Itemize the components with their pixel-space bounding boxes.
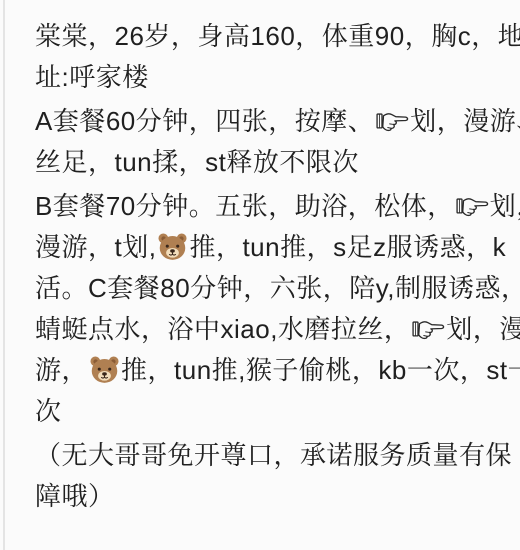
- pointing-hand-icon: [455, 194, 489, 217]
- text-segment: 划，漫: [446, 314, 520, 344]
- text-segment: B套餐70分钟。五张，助浴，松体，: [35, 191, 454, 221]
- message-text: 棠棠，26岁，身高160，体重90，胸c，地址:呼家楼A套餐60分钟，四张，按摩…: [0, 0, 520, 520]
- text-line: 游，推，tun推,猴子偷桃，kb一次，st一: [35, 350, 506, 391]
- text-segment: 丝足，tun揉，st释放不限次: [35, 147, 359, 177]
- text-segment: 推，tun推,猴子偷桃，kb一次，st一: [121, 355, 520, 385]
- text-line: （无大哥哥免开尊口，承诺服务质量有保: [35, 435, 506, 476]
- text-segment: 棠棠，26岁，身高160，体重90，胸c，地: [35, 21, 520, 51]
- text-line: 障哦）: [35, 476, 506, 517]
- text-segment: （无大哥哥免开尊口，承诺服务质量有保: [35, 440, 512, 470]
- text-segment: 推，tun推，s足z服诱惑，k: [189, 232, 506, 262]
- paragraph: （无大哥哥免开尊口，承诺服务质量有保障哦）: [35, 435, 506, 517]
- bear-emoji-icon: [157, 232, 188, 261]
- pointing-hand-icon: [411, 317, 445, 340]
- text-line: 活。C套餐80分钟，六张，陪y,制服诱惑，: [35, 268, 506, 309]
- paragraph: 棠棠，26岁，身高160，体重90，胸c，地址:呼家楼: [35, 16, 506, 98]
- text-segment: A套餐60分钟，四张，按摩、: [35, 106, 374, 136]
- text-line: B套餐70分钟。五张，助浴，松体，划，: [35, 186, 506, 227]
- text-segment: 障哦）: [35, 481, 115, 511]
- paragraph: B套餐70分钟。五张，助浴，松体，划，漫游，t划,推，tun推，s足z服诱惑，k…: [35, 186, 506, 432]
- text-line: 漫游，t划,推，tun推，s足z服诱惑，k: [35, 227, 506, 268]
- bear-emoji-icon: [89, 355, 120, 384]
- message-screenshot: 棠棠，26岁，身高160，体重90，胸c，地址:呼家楼A套餐60分钟，四张，按摩…: [0, 0, 520, 550]
- text-segment: 划，: [490, 191, 520, 221]
- text-segment: 活。C套餐80分钟，六张，陪y,制服诱惑，: [35, 273, 520, 303]
- text-segment: 次: [35, 396, 62, 426]
- text-line: 址:呼家楼: [35, 57, 506, 98]
- text-line: 棠棠，26岁，身高160，体重90，胸c，地: [35, 16, 506, 57]
- text-line: 丝足，tun揉，st释放不限次: [35, 142, 506, 183]
- text-segment: 蜻蜓点水，浴中xiao,水磨拉丝，: [35, 314, 410, 344]
- paragraph: A套餐60分钟，四张，按摩、划，漫游、丝足，tun揉，st释放不限次: [35, 101, 506, 183]
- text-line: 次: [35, 391, 506, 432]
- text-line: A套餐60分钟，四张，按摩、划，漫游、: [35, 101, 506, 142]
- pointing-hand-icon: [375, 109, 409, 132]
- text-segment: 漫游，t划,: [35, 232, 156, 262]
- text-segment: 游，: [35, 355, 88, 385]
- text-segment: 址:呼家楼: [35, 62, 149, 92]
- text-segment: 划，漫游、: [410, 106, 520, 136]
- text-line: 蜻蜓点水，浴中xiao,水磨拉丝，划，漫: [35, 309, 506, 350]
